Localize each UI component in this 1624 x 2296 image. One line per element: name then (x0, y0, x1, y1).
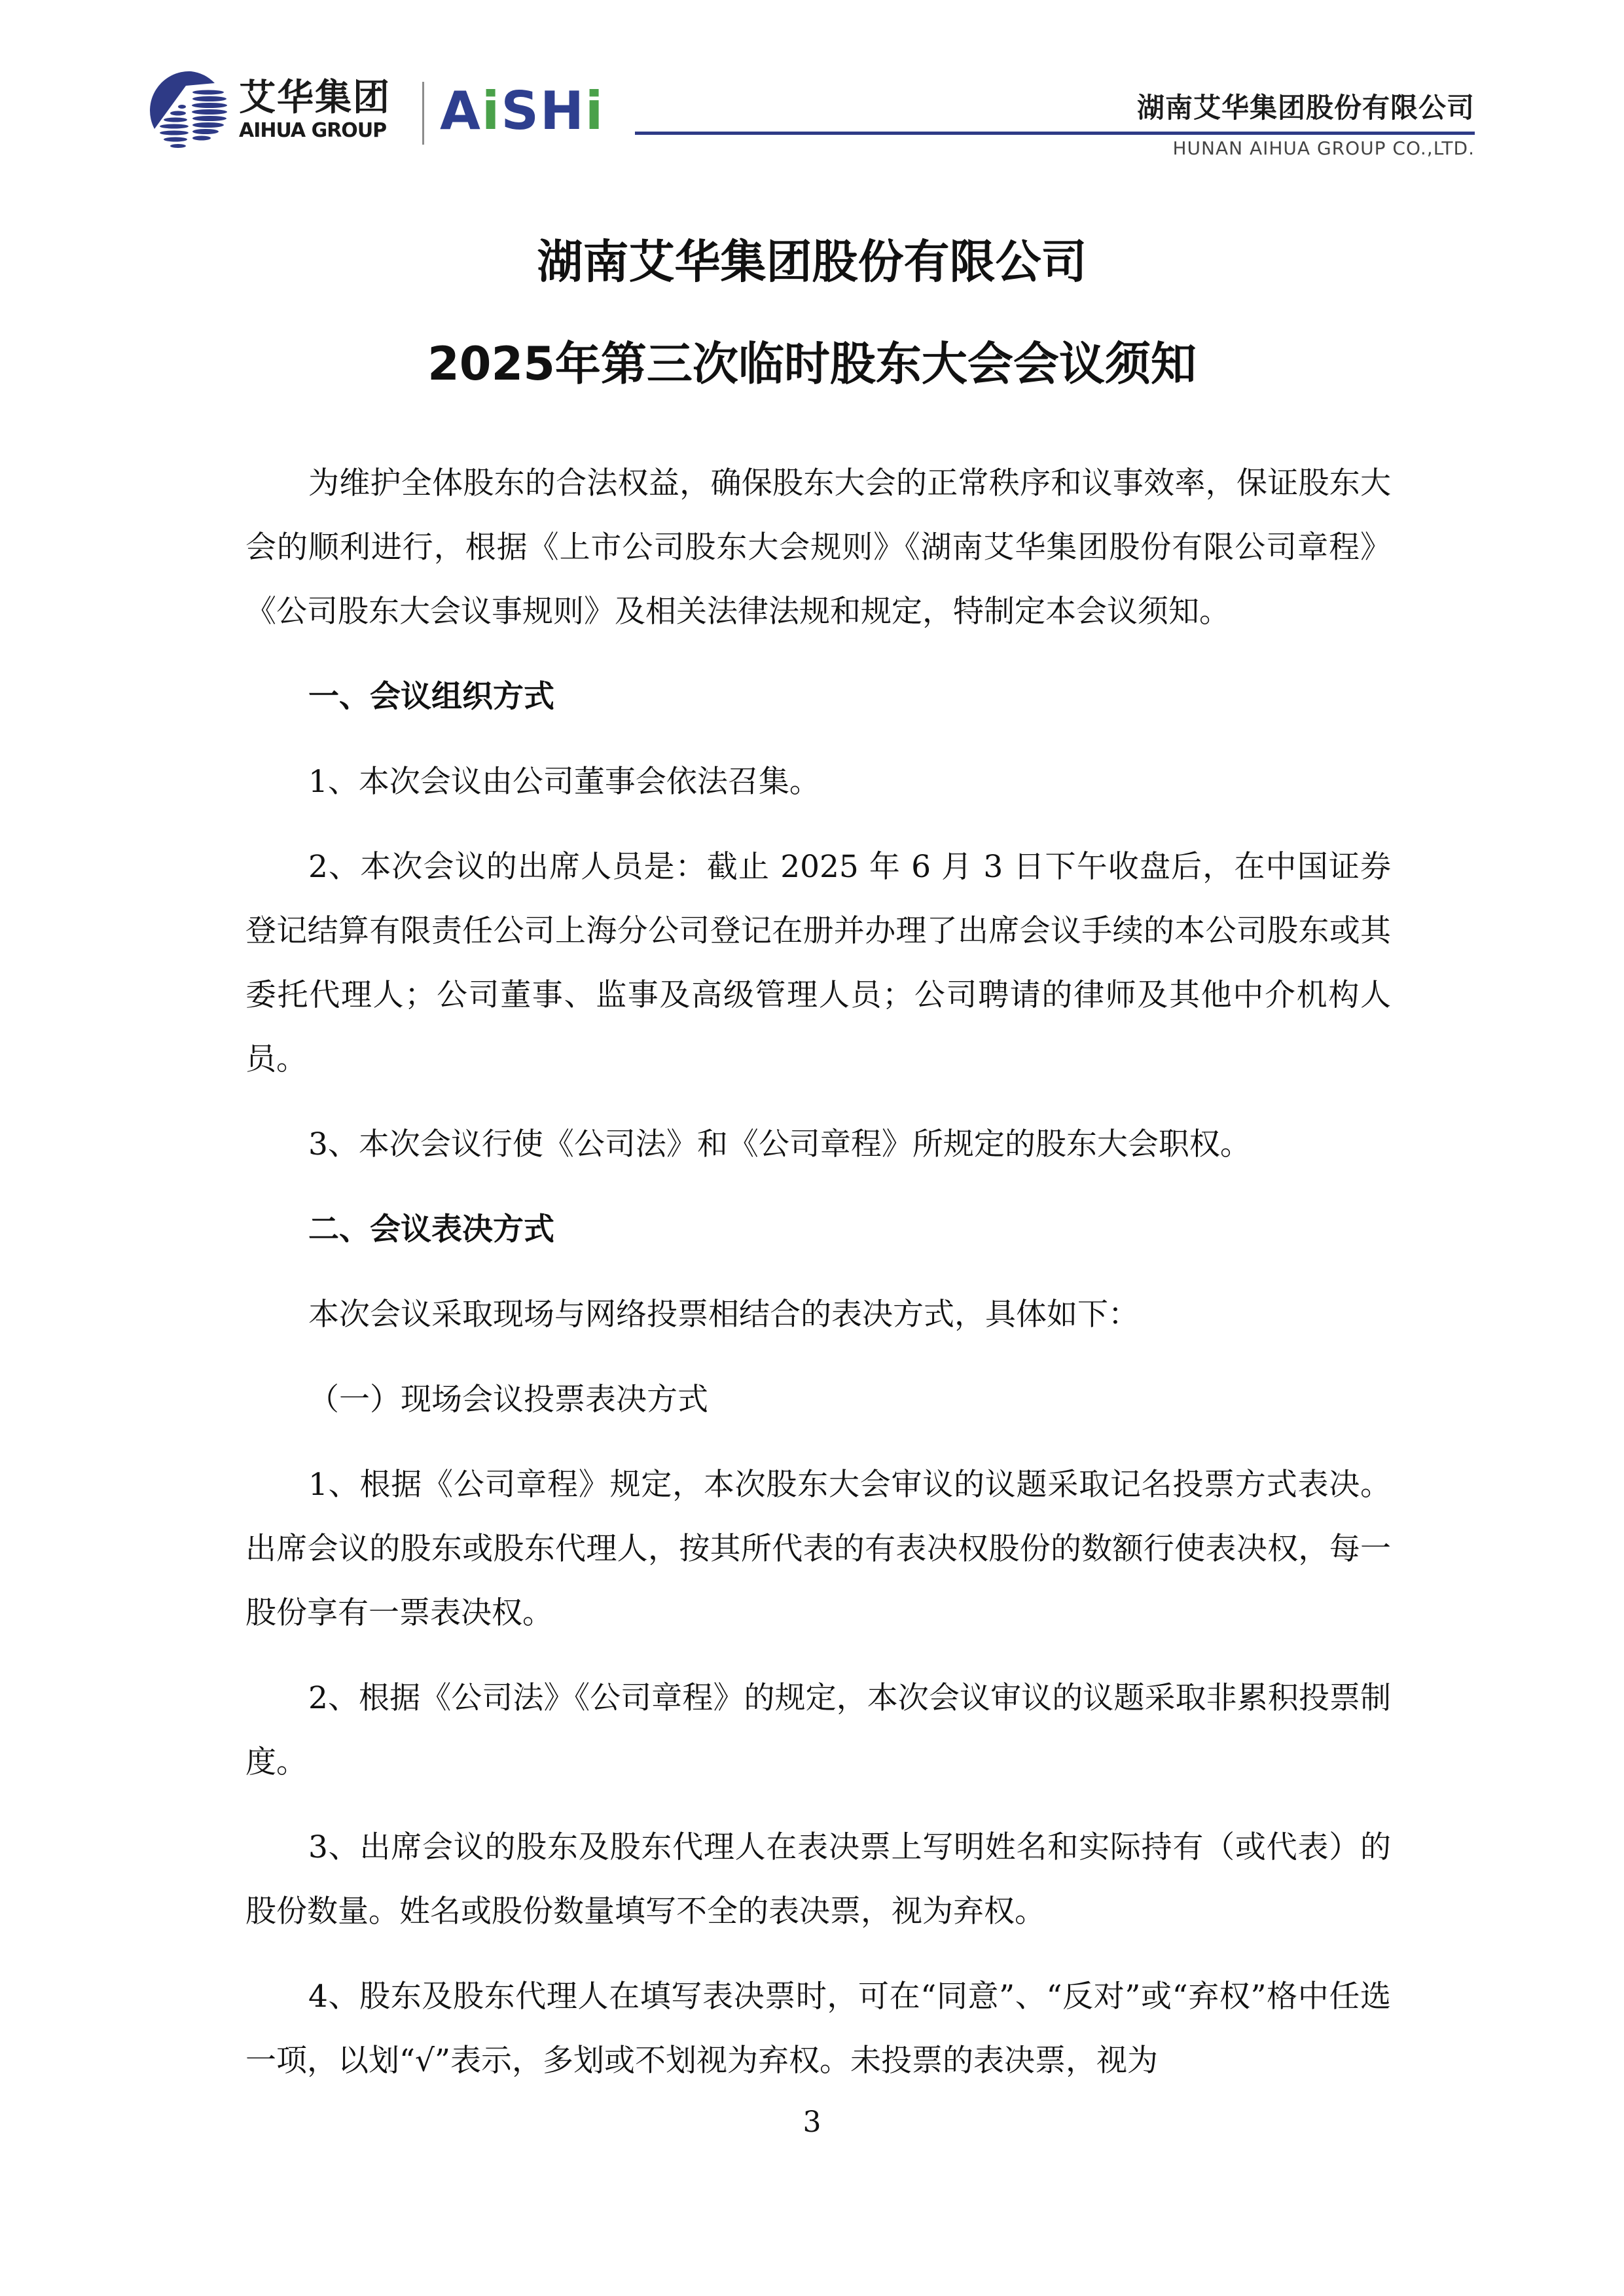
header-company-english: HUNAN AIHUA GROUP CO.,LTD. (1172, 137, 1475, 160)
section-heading-organization: 一、会议组织方式 (245, 665, 1391, 729)
subsection-heading-onsite: （一）现场会议投票表决方式 (245, 1368, 1391, 1432)
intro-paragraph: 为维护全体股东的合法权益，确保股东大会的正常秩序和议事效率，保证股东大会的顺利进… (245, 452, 1391, 644)
list-item: 2、根据《公司法》《公司章程》的规定，本次会议审议的议题采取非累积投票制度。 (245, 1666, 1391, 1795)
header-company-name: 湖南艾华集团股份有限公司 (1137, 92, 1475, 124)
document-title-company: 湖南艾华集团股份有限公司 (0, 236, 1624, 288)
page-number: 3 (0, 2106, 1624, 2139)
list-item: 3、出席会议的股东及股东代理人在表决票上写明姓名和实际持有（或代表）的股份数量。… (245, 1816, 1391, 1944)
brand-letter-i-last: i (585, 81, 604, 141)
list-item: 1、根据《公司章程》规定，本次股东大会审议的议题采取记名投票方式表决。出席会议的… (245, 1453, 1391, 1645)
logo-chinese-name: 艾华集团 (239, 79, 391, 118)
aishi-brand-logo: AiSHi (440, 84, 604, 139)
section-intro: 本次会议采取现场与网络投票相结合的表决方式，具体如下： (245, 1283, 1391, 1347)
document-body: 为维护全体股东的合法权益，确保股东大会的正常秩序和议事效率，保证股东大会的顺利进… (245, 452, 1391, 2093)
brand-letter-a: A (440, 81, 482, 141)
brand-letter-i: i (482, 81, 501, 141)
document-title-meeting: 2025年第三次临时股东大会会议须知 (0, 338, 1624, 390)
section-heading-voting: 二、会议表决方式 (245, 1198, 1391, 1262)
header-rule (635, 132, 1475, 135)
aihua-logo-icon (149, 69, 233, 152)
brand-letters-sh: SH (501, 81, 585, 141)
list-item: 2、本次会议的出席人员是：截止 2025 年 6 月 3 日下午收盘后，在中国证… (245, 835, 1391, 1092)
logo-english-name: AIHUA GROUP (239, 120, 386, 142)
list-item: 4、股东及股东代理人在填写表决票时，可在“同意”、“反对”或“弃权”格中任选一项… (245, 1965, 1391, 2093)
logo-divider (422, 82, 424, 145)
list-item: 1、本次会议由公司董事会依法召集。 (245, 750, 1391, 814)
list-item: 3、本次会议行使《公司法》和《公司章程》所规定的股东大会职权。 (245, 1113, 1391, 1177)
